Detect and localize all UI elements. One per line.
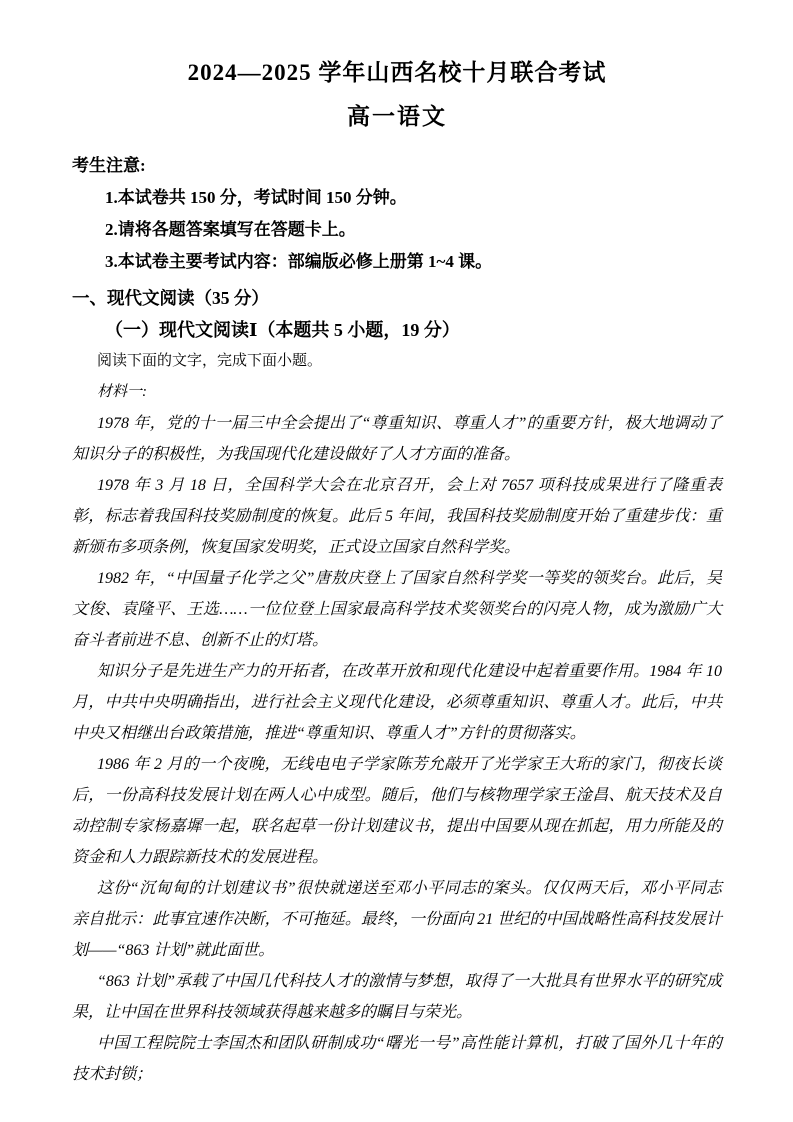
notice-item-3: 3.本试卷主要考试内容：部编版必修上册第 1~4 课。 — [72, 246, 722, 278]
material-paragraph-7: “863 计划”承载了中国几代科技人才的激情与梦想，取得了一大批具有世界水平的研… — [72, 966, 722, 1028]
material-label: 材料一: — [72, 377, 722, 408]
notice-heading: 考生注意: — [72, 150, 722, 182]
material-paragraph-1: 1978 年，党的十一届三中全会提出了“尊重知识、尊重人才”的重要方针，极大地调… — [72, 408, 722, 470]
material-paragraph-2: 1978 年 3 月 18 日，全国科学大会在北京召开，会上对 7657 项科技… — [72, 470, 722, 563]
notice-item-2: 2.请将各题答案填写在答题卡上。 — [72, 214, 722, 246]
subsection-heading: （一）现代文阅读Ⅰ（本题共 5 小题，19 分） — [105, 314, 722, 346]
material-text: 1978 年，党的十一届三中全会提出了“尊重知识、尊重人才”的重要方针，极大地调… — [72, 408, 722, 1090]
notice-item-1: 1.本试卷共 150 分，考试时间 150 分钟。 — [72, 182, 722, 214]
material-paragraph-8: 中国工程院院士李国杰和团队研制成功“曙光一号”高性能计算机，打破了国外几十年的技… — [72, 1028, 722, 1090]
reading-instruction: 阅读下面的文字，完成下面小题。 — [72, 346, 722, 377]
section-heading: 一、现代文阅读（35 分） — [72, 282, 722, 314]
material-paragraph-4: 知识分子是先进生产力的开拓者，在改革开放和现代化建设中起着重要作用。1984 年… — [72, 656, 722, 749]
material-paragraph-6: 这份“沉甸甸的计划建议书”很快就递送至邓小平同志的案头。仅仅两天后，邓小平同志亲… — [72, 873, 722, 966]
page-subtitle: 高一语文 — [72, 102, 722, 132]
exam-paper-page: 2024—2025 学年山西名校十月联合考试 高一语文 考生注意: 1.本试卷共… — [0, 0, 793, 1122]
material-paragraph-5: 1986 年 2 月的一个夜晚，无线电电子学家陈芳允敲开了光学家王大珩的家门，彻… — [72, 749, 722, 873]
material-paragraph-3: 1982 年，“中国量子化学之父”唐敖庆登上了国家自然科学奖一等奖的领奖台。此后… — [72, 563, 722, 656]
page-title: 2024—2025 学年山西名校十月联合考试 — [72, 58, 722, 88]
notice-block: 考生注意: 1.本试卷共 150 分，考试时间 150 分钟。 2.请将各题答案… — [72, 150, 722, 278]
